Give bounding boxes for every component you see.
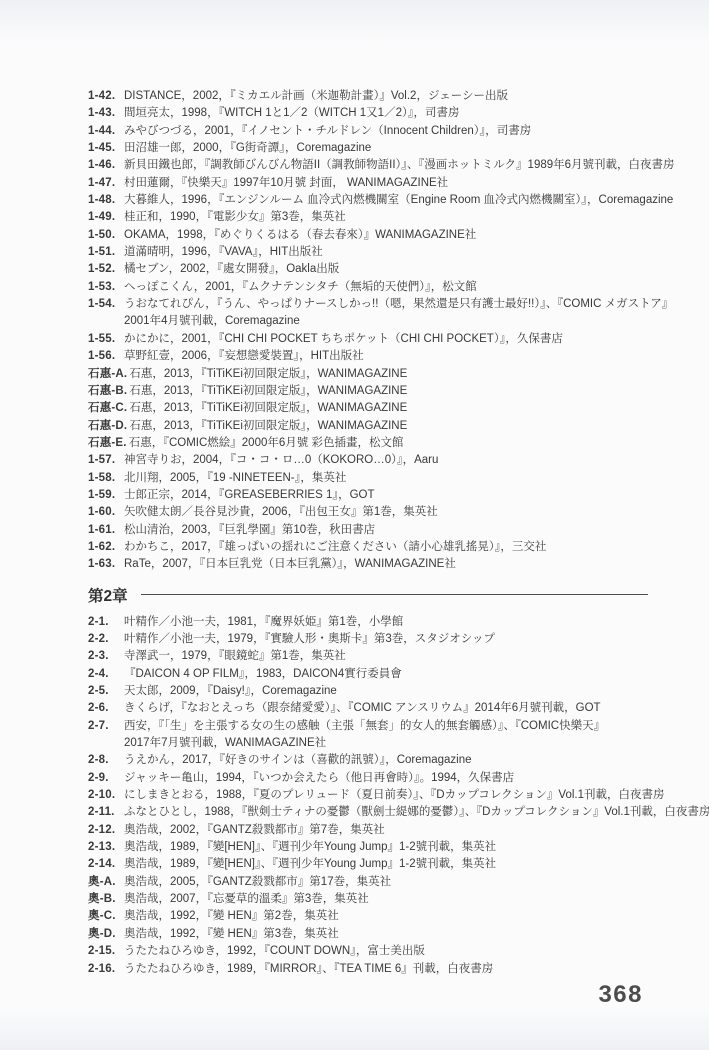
entry-text-line: 道滿晴明，1996，『VAVA』，HIT出版社 xyxy=(124,244,323,261)
reference-entry: 石惠-C.石惠，2013，『TiTiKEi初回限定版』，WANIMAGAZINE xyxy=(88,400,648,417)
reference-entry: 石惠-D.石惠，2013，『TiTiKEi初回限定版』，WANIMAGAZINE xyxy=(88,418,648,435)
entry-label: 2-10. xyxy=(88,787,124,804)
entry-text-line: 村田蓮爾，『快樂天』1997年10月號 封面， WANIMAGAZINE社 xyxy=(124,175,448,192)
entry-label: 1-50. xyxy=(88,227,124,244)
reference-entry: 1-50.OKAMA，1998，『めぐりくるはる（春去春來）』WANIMAGAZ… xyxy=(88,227,648,244)
entry-text: 叶精作／小池一夫，1981，『魔界妖姫』第1巻，小學館 xyxy=(124,614,403,631)
entry-text-line: みやびつづる，2001，『イノセント・チルドレン（Innocent Childr… xyxy=(124,123,531,140)
entry-label: 2-9. xyxy=(88,770,124,787)
entry-text: 奧浩哉，1989，『變[HEN]』、『週刊少年Young Jump』1-2號刊載… xyxy=(124,856,496,873)
entry-text-line: 松山清治，2003，『巨乳學園』第10巻，秋田書店 xyxy=(124,522,375,539)
entry-text-line: 寺澤武一，1979，『眼鏡蛇』第1巻，集英社 xyxy=(124,648,346,665)
entry-text: 神宮寺りお，2004，『コ・コ・ロ…0（KOKORO…0）』，Aaru xyxy=(124,452,438,469)
entry-text-line: 奧浩哉，2005，『GANTZ殺戮都市』第17巻，集英社 xyxy=(124,874,391,891)
reference-entry: 2-4.『DAICON 4 OP FILM』，1983，DAICON4實行委員會 xyxy=(88,666,648,683)
scanned-book-page: 1-42.DISTANCE，2002，『ミカエル計画（米迦勒計畫）』Vol.2，… xyxy=(0,0,709,1050)
reference-entry: 1-47.村田蓮爾，『快樂天』1997年10月號 封面， WANIMAGAZIN… xyxy=(88,175,648,192)
reference-entry: 2-15.うたたねひろゆき，1992，『COUNT DOWN』，富士美出版 xyxy=(88,943,648,960)
reference-entry: 2-5.天太郎，2009，『Daisy!』，Coremagazine xyxy=(88,683,648,700)
entry-label: 2-7. xyxy=(88,718,124,735)
entry-text-line: ジャッキー亀山，1994，『いつか会えたら（他日再會時）』。1994，久保書店 xyxy=(124,770,514,787)
entry-text: 石惠，2013，『TiTiKEi初回限定版』，WANIMAGAZINE xyxy=(129,366,407,383)
entry-text: ふなとひとし，1988，『獣剣士ティナの憂鬱（獸劍士緹娜的憂鬱）』、『Dカップコ… xyxy=(124,804,709,821)
entry-text-line: 奧浩哉，1989，『變[HEN]』、『週刊少年Young Jump』1-2號刊載… xyxy=(124,839,496,856)
entry-text-line: 新貝田鐵也郎，『調教師びんびん物語II（調教師物語II）』、『漫画ホットミルク』… xyxy=(124,157,675,174)
entry-text: 『DAICON 4 OP FILM』，1983，DAICON4實行委員會 xyxy=(124,666,402,683)
entry-text-line: 奧浩哉，1989，『變[HEN]』、『週刊少年Young Jump』1-2號刊載… xyxy=(124,856,496,873)
reference-entry: 奧-A.奧浩哉，2005，『GANTZ殺戮都市』第17巻，集英社 xyxy=(88,874,648,891)
entry-text: 道滿晴明，1996，『VAVA』，HIT出版社 xyxy=(124,244,323,261)
entry-label: 1-52. xyxy=(88,261,124,278)
entry-label: 1-55. xyxy=(88,331,124,348)
entry-text-line: 奧浩哉，1992，『變 HEN』第2巻，集英社 xyxy=(124,908,339,925)
chapter-rule-divider xyxy=(141,594,648,595)
entry-text: 村田蓮爾，『快樂天』1997年10月號 封面， WANIMAGAZINE社 xyxy=(124,175,448,192)
reference-list: 1-42.DISTANCE，2002，『ミカエル計画（米迦勒計畫）』Vol.2，… xyxy=(88,88,648,978)
entry-label: 1-48. xyxy=(88,192,124,209)
entry-text-line: 草野紅壹，2006，『妄想戀愛裝置』，HIT出版社 xyxy=(124,348,364,365)
entry-text-line: へっぽこくん，2001，『ムクナテンシタチ（無垢的天使們）』，松文館 xyxy=(124,279,477,296)
entry-text-line: 『DAICON 4 OP FILM』，1983，DAICON4實行委員會 xyxy=(124,666,402,683)
entry-text: にしまきとおる，1988，『夏のプレリュード（夏日前奏）』、『Dカップコレクショ… xyxy=(124,787,665,804)
entry-text: 石惠，2013，『TiTiKEi初回限定版』，WANIMAGAZINE xyxy=(129,383,407,400)
entry-label: 1-58. xyxy=(88,470,124,487)
page-number: 368 xyxy=(598,981,643,1009)
entry-text: わかちこ，2017，『雄っぱいの揺れにご注意ください（請小心雄乳搖晃）』，三交社 xyxy=(124,539,546,556)
entry-label: 1-43. xyxy=(88,105,124,122)
entry-label: 1-45. xyxy=(88,140,124,157)
entry-label: 2-1. xyxy=(88,614,124,631)
entry-text-line: 石惠，『COMIC燃絵』2000年6月號 彩色插畫，松文館 xyxy=(129,435,404,452)
entry-text: 新貝田鐵也郎，『調教師びんびん物語II（調教師物語II）』、『漫画ホットミルク』… xyxy=(124,157,675,174)
entry-label: 2-16. xyxy=(88,961,124,978)
entry-text-line: うえかん，2017，『好きのサインは（喜歡的訊號）』，Coremagazine xyxy=(124,752,472,769)
entry-text-line: 叶精作／小池一夫，1981，『魔界妖姫』第1巻，小學館 xyxy=(124,614,403,631)
entry-text-line: ふなとひとし，1988，『獣剣士ティナの憂鬱（獸劍士緹娜的憂鬱）』、『Dカップコ… xyxy=(124,804,709,821)
reference-entry: 2-13.奧浩哉，1989，『變[HEN]』、『週刊少年Young Jump』1… xyxy=(88,839,648,856)
reference-entry: 1-60.矢吹健太朗／長谷見沙貴，2006，『出包王女』第1巻，集英社 xyxy=(88,504,648,521)
entry-label: 石惠-B. xyxy=(88,383,129,400)
entry-text-line: 北川翔，2005，『19 -NINETEEN-』，集英社 xyxy=(124,470,346,487)
reference-entry: 1-58.北川翔，2005，『19 -NINETEEN-』，集英社 xyxy=(88,470,648,487)
reference-entry: 2-7.西安，『「生」を主張する女の生の感触（主張「無套」的女人的無套觸感）』、… xyxy=(88,718,648,753)
entry-text: 奧浩哉，2002，『GANTZ殺戮都市』第7巻，集英社 xyxy=(124,822,385,839)
entry-text: ジャッキー亀山，1994，『いつか会えたら（他日再會時）』。1994，久保書店 xyxy=(124,770,514,787)
entry-label: 石惠-E. xyxy=(88,435,129,452)
reference-entry: 1-63.RaTe，2007，『日本巨乳党（日本巨乳黨）』，WANIMAGAZI… xyxy=(88,556,648,573)
entry-text-line: 橘セブン，2002，『處女開發』，Oakla出版 xyxy=(124,261,339,278)
reference-entry: 1-44.みやびつづる，2001，『イノセント・チルドレン（Innocent C… xyxy=(88,123,648,140)
entry-text-line: 大暮維人，1996，『エンジンルーム 血冷式內燃機關室（Engine Room … xyxy=(124,192,673,209)
entry-text: 奧浩哉，1989，『變[HEN]』、『週刊少年Young Jump』1-2號刊載… xyxy=(124,839,496,856)
reference-entry: 1-62.わかちこ，2017，『雄っぱいの揺れにご注意ください（請小心雄乳搖晃）… xyxy=(88,539,648,556)
entry-text: へっぽこくん，2001，『ムクナテンシタチ（無垢的天使們）』，松文館 xyxy=(124,279,477,296)
entry-label: 1-47. xyxy=(88,175,124,192)
entry-label: 2-6. xyxy=(88,700,124,717)
entry-text: 西安，『「生」を主張する女の生の感触（主張「無套」的女人的無套觸感）』、『COM… xyxy=(124,718,605,753)
entry-text: 石惠，『COMIC燃絵』2000年6月號 彩色插畫，松文館 xyxy=(129,435,404,452)
reference-entry: 2-10.にしまきとおる，1988，『夏のプレリュード（夏日前奏）』、『Dカップ… xyxy=(88,787,648,804)
entry-label: 1-60. xyxy=(88,504,124,521)
reference-entry: 2-6.きくらげ，『なおとえっち（跟奈緒愛愛）』、『COMIC アンスリウム』2… xyxy=(88,700,648,717)
entry-text-line: 奧浩哉，1992，『變 HEN』第3巻，集英社 xyxy=(124,926,339,943)
entry-label: 2-11. xyxy=(88,804,124,821)
entry-text: 石惠，2013，『TiTiKEi初回限定版』，WANIMAGAZINE xyxy=(129,418,407,435)
entry-text: うたたねひろゆき，1989，『MIRROR』、『TEA TIME 6』刊載，白夜… xyxy=(124,961,493,978)
entry-text: 桂正和，1990，『電影少女』第3巻，集英社 xyxy=(124,209,346,226)
reference-entry: 1-59.士郎正宗，2014，『GREASEBERRIES 1』，GOT xyxy=(88,487,648,504)
entry-text-line: 石惠，2013，『TiTiKEi初回限定版』，WANIMAGAZINE xyxy=(129,383,407,400)
entry-text-line: うたたねひろゆき，1989，『MIRROR』、『TEA TIME 6』刊載，白夜… xyxy=(124,961,493,978)
entry-label: 1-54. xyxy=(88,296,124,313)
reference-entry: 2-11.ふなとひとし，1988，『獣剣士ティナの憂鬱（獸劍士緹娜的憂鬱）』、『… xyxy=(88,804,648,821)
reference-entry: 奧-B.奧浩哉，2007，『忘憂草的溫柔』第3巻，集英社 xyxy=(88,891,648,908)
entry-label: 奧-C. xyxy=(88,908,124,925)
entry-label: 1-51. xyxy=(88,244,124,261)
entry-text: 間垣亮太，1998，『WITCH 1と1／2（WITCH 1又1／2）』，司書房 xyxy=(124,105,459,122)
entry-text: 寺澤武一，1979，『眼鏡蛇』第1巻，集英社 xyxy=(124,648,346,665)
reference-entry: 2-2.叶精作／小池一夫，1979，『實驗人形・奧斯卡』第3巻，スタジオシップ xyxy=(88,631,648,648)
reference-entry: 2-14.奧浩哉，1989，『變[HEN]』、『週刊少年Young Jump』1… xyxy=(88,856,648,873)
entry-label: 2-12. xyxy=(88,822,124,839)
entry-label: 1-59. xyxy=(88,487,124,504)
entry-text-line: 桂正和，1990，『電影少女』第3巻，集英社 xyxy=(124,209,346,226)
entry-text: 奧浩哉，1992，『變 HEN』第3巻，集英社 xyxy=(124,926,339,943)
reference-entry: 石惠-B.石惠，2013，『TiTiKEi初回限定版』，WANIMAGAZINE xyxy=(88,383,648,400)
entry-text: 北川翔，2005，『19 -NINETEEN-』，集英社 xyxy=(124,470,346,487)
entry-label: 石惠-D. xyxy=(88,418,129,435)
entry-label: 1-46. xyxy=(88,157,124,174)
entry-text: 草野紅壹，2006，『妄想戀愛裝置』，HIT出版社 xyxy=(124,348,364,365)
entry-label: 1-49. xyxy=(88,209,124,226)
entry-label: 1-44. xyxy=(88,123,124,140)
entry-text-line: 奧浩哉，2002，『GANTZ殺戮都市』第7巻，集英社 xyxy=(124,822,385,839)
entry-text: 橘セブン，2002，『處女開發』，Oakla出版 xyxy=(124,261,339,278)
entry-label: 1-56. xyxy=(88,348,124,365)
entry-label: 石惠-A. xyxy=(88,366,129,383)
entry-label: 奧-B. xyxy=(88,891,124,908)
entry-text: うおなてれぴん，『うん、やっぱりナースしかっ!!（嗯，果然還是只有護士最好!!）… xyxy=(124,296,673,331)
reference-entry: 2-12.奧浩哉，2002，『GANTZ殺戮都市』第7巻，集英社 xyxy=(88,822,648,839)
reference-entry: 1-61.松山清治，2003，『巨乳學園』第10巻，秋田書店 xyxy=(88,522,648,539)
entry-label: 2-8. xyxy=(88,752,124,769)
entry-text-line: かにかに，2001，『CHI CHI POCKET ちちポケット（CHI CHI… xyxy=(124,331,563,348)
entry-text-line: 奧浩哉，2007，『忘憂草的溫柔』第3巻，集英社 xyxy=(124,891,369,908)
reference-entry: 1-53.へっぽこくん，2001，『ムクナテンシタチ（無垢的天使們）』，松文館 xyxy=(88,279,648,296)
entry-text: 奧浩哉，1992，『變 HEN』第2巻，集英社 xyxy=(124,908,339,925)
entry-text-line: RaTe，2007，『日本巨乳党（日本巨乳黨）』，WANIMAGAZINE社 xyxy=(124,556,456,573)
entry-text-line: 間垣亮太，1998，『WITCH 1と1／2（WITCH 1又1／2）』，司書房 xyxy=(124,105,459,122)
entry-label: 2-15. xyxy=(88,943,124,960)
chapter-heading: 第2章 xyxy=(88,584,648,606)
entry-text: きくらげ，『なおとえっち（跟奈緒愛愛）』、『COMIC アンスリウム』2014年… xyxy=(124,700,601,717)
entry-text-line: 士郎正宗，2014，『GREASEBERRIES 1』，GOT xyxy=(124,487,375,504)
reference-entry: 石惠-E.石惠，『COMIC燃絵』2000年6月號 彩色插畫，松文館 xyxy=(88,435,648,452)
reference-entry: 1-45.田沼雄一郎，2000，『G街奇譚』，Coremagazine xyxy=(88,140,648,157)
entry-text: うえかん，2017，『好きのサインは（喜歡的訊號）』，Coremagazine xyxy=(124,752,472,769)
entry-text-line: DISTANCE，2002，『ミカエル計画（米迦勒計畫）』Vol.2，ジェーシー… xyxy=(124,88,508,105)
entry-label: 2-3. xyxy=(88,648,124,665)
entry-text: 大暮維人，1996，『エンジンルーム 血冷式內燃機關室（Engine Room … xyxy=(124,192,673,209)
reference-entry: 2-3.寺澤武一，1979，『眼鏡蛇』第1巻，集英社 xyxy=(88,648,648,665)
entry-text-line: 田沼雄一郎，2000，『G街奇譚』，Coremagazine xyxy=(124,140,371,157)
entry-text-line: うたたねひろゆき，1992，『COUNT DOWN』，富士美出版 xyxy=(124,943,425,960)
entry-text: 天太郎，2009，『Daisy!』，Coremagazine xyxy=(124,683,337,700)
reference-entry: 奧-D.奧浩哉，1992，『變 HEN』第3巻，集英社 xyxy=(88,926,648,943)
reference-entry: 2-9.ジャッキー亀山，1994，『いつか会えたら（他日再會時）』。1994，久… xyxy=(88,770,648,787)
entry-label: 石惠-C. xyxy=(88,400,129,417)
entry-label: 2-2. xyxy=(88,631,124,648)
reference-entry: 1-56.草野紅壹，2006，『妄想戀愛裝置』，HIT出版社 xyxy=(88,348,648,365)
reference-entry: 2-1.叶精作／小池一夫，1981，『魔界妖姫』第1巻，小學館 xyxy=(88,614,648,631)
reference-entry: 石惠-A.石惠，2013，『TiTiKEi初回限定版』，WANIMAGAZINE xyxy=(88,366,648,383)
entry-text-line: 石惠，2013，『TiTiKEi初回限定版』，WANIMAGAZINE xyxy=(129,418,407,435)
entry-label: 2-14. xyxy=(88,856,124,873)
reference-entry: 1-49.桂正和，1990，『電影少女』第3巻，集英社 xyxy=(88,209,648,226)
entry-text-line: 天太郎，2009，『Daisy!』，Coremagazine xyxy=(124,683,337,700)
entry-text-line: 2017年7月號刊載，WANIMAGAZINE社 xyxy=(124,735,605,752)
entry-text-line: 矢吹健太朗／長谷見沙貴，2006，『出包王女』第1巻，集英社 xyxy=(124,504,438,521)
entry-label: 1-62. xyxy=(88,539,124,556)
reference-entry: 2-8.うえかん，2017，『好きのサインは（喜歡的訊號）』，Coremagaz… xyxy=(88,752,648,769)
chapter-title: 第2章 xyxy=(88,584,128,606)
entry-text: 士郎正宗，2014，『GREASEBERRIES 1』，GOT xyxy=(124,487,375,504)
entry-label: 1-63. xyxy=(88,556,124,573)
entry-text-line: OKAMA，1998，『めぐりくるはる（春去春來）』WANIMAGAZINE社 xyxy=(124,227,476,244)
reference-entry: 1-48.大暮維人，1996，『エンジンルーム 血冷式內燃機關室（Engine … xyxy=(88,192,648,209)
entry-text: 奧浩哉，2005，『GANTZ殺戮都市』第17巻，集英社 xyxy=(124,874,391,891)
entry-text: みやびつづる，2001，『イノセント・チルドレン（Innocent Childr… xyxy=(124,123,531,140)
entry-label: 2-4. xyxy=(88,666,124,683)
reference-entry: 1-43.間垣亮太，1998，『WITCH 1と1／2（WITCH 1又1／2）… xyxy=(88,105,648,122)
reference-entry: 1-52.橘セブン，2002，『處女開發』，Oakla出版 xyxy=(88,261,648,278)
entry-text-line: うおなてれぴん，『うん、やっぱりナースしかっ!!（嗯，果然還是只有護士最好!!）… xyxy=(124,296,673,313)
entry-label: 奧-D. xyxy=(88,926,124,943)
entry-text: 松山清治，2003，『巨乳學園』第10巻，秋田書店 xyxy=(124,522,375,539)
entry-label: 1-53. xyxy=(88,279,124,296)
reference-entry: 1-51.道滿晴明，1996，『VAVA』，HIT出版社 xyxy=(88,244,648,261)
entry-label: 2-5. xyxy=(88,683,124,700)
reference-entry: 1-57.神宮寺りお，2004，『コ・コ・ロ…0（KOKORO…0）』，Aaru xyxy=(88,452,648,469)
entry-text-line: 2001年4月號刊載，Coremagazine xyxy=(124,313,673,330)
reference-entry: 2-16.うたたねひろゆき，1989，『MIRROR』、『TEA TIME 6』… xyxy=(88,961,648,978)
entry-text: 矢吹健太朗／長谷見沙貴，2006，『出包王女』第1巻，集英社 xyxy=(124,504,438,521)
entry-text: かにかに，2001，『CHI CHI POCKET ちちポケット（CHI CHI… xyxy=(124,331,563,348)
entry-text-line: 西安，『「生」を主張する女の生の感触（主張「無套」的女人的無套觸感）』、『COM… xyxy=(124,718,605,735)
entry-text-line: 叶精作／小池一夫，1979，『實驗人形・奧斯卡』第3巻，スタジオシップ xyxy=(124,631,495,648)
entry-text: うたたねひろゆき，1992，『COUNT DOWN』，富士美出版 xyxy=(124,943,425,960)
entry-text: 奧浩哉，2007，『忘憂草的溫柔』第3巻，集英社 xyxy=(124,891,369,908)
entry-text-line: わかちこ，2017，『雄っぱいの揺れにご注意ください（請小心雄乳搖晃）』，三交社 xyxy=(124,539,546,556)
entry-label: 奧-A. xyxy=(88,874,124,891)
reference-entry: 1-46.新貝田鐵也郎，『調教師びんびん物語II（調教師物語II）』、『漫画ホッ… xyxy=(88,157,648,174)
entry-text-line: にしまきとおる，1988，『夏のプレリュード（夏日前奏）』、『Dカップコレクショ… xyxy=(124,787,665,804)
entry-text-line: 石惠，2013，『TiTiKEi初回限定版』，WANIMAGAZINE xyxy=(129,400,407,417)
entry-label: 1-42. xyxy=(88,88,124,105)
reference-entry: 1-42.DISTANCE，2002，『ミカエル計画（米迦勒計畫）』Vol.2，… xyxy=(88,88,648,105)
entry-text-line: きくらげ，『なおとえっち（跟奈緒愛愛）』、『COMIC アンスリウム』2014年… xyxy=(124,700,601,717)
entry-text: RaTe，2007，『日本巨乳党（日本巨乳黨）』，WANIMAGAZINE社 xyxy=(124,556,456,573)
entry-text-line: 石惠，2013，『TiTiKEi初回限定版』，WANIMAGAZINE xyxy=(129,366,407,383)
entry-text: OKAMA，1998，『めぐりくるはる（春去春來）』WANIMAGAZINE社 xyxy=(124,227,476,244)
reference-entry: 奧-C.奧浩哉，1992，『變 HEN』第2巻，集英社 xyxy=(88,908,648,925)
entry-label: 2-13. xyxy=(88,839,124,856)
entry-text: DISTANCE，2002，『ミカエル計画（米迦勒計畫）』Vol.2，ジェーシー… xyxy=(124,88,508,105)
entry-text: 石惠，2013，『TiTiKEi初回限定版』，WANIMAGAZINE xyxy=(129,400,407,417)
entry-text: 叶精作／小池一夫，1979，『實驗人形・奧斯卡』第3巻，スタジオシップ xyxy=(124,631,495,648)
entry-text: 田沼雄一郎，2000，『G街奇譚』，Coremagazine xyxy=(124,140,371,157)
entry-label: 1-57. xyxy=(88,452,124,469)
entry-label: 1-61. xyxy=(88,522,124,539)
reference-entry: 1-55.かにかに，2001，『CHI CHI POCKET ちちポケット（CH… xyxy=(88,331,648,348)
reference-entry: 1-54.うおなてれぴん，『うん、やっぱりナースしかっ!!（嗯，果然還是只有護士… xyxy=(88,296,648,331)
entry-text-line: 神宮寺りお，2004，『コ・コ・ロ…0（KOKORO…0）』，Aaru xyxy=(124,452,438,469)
